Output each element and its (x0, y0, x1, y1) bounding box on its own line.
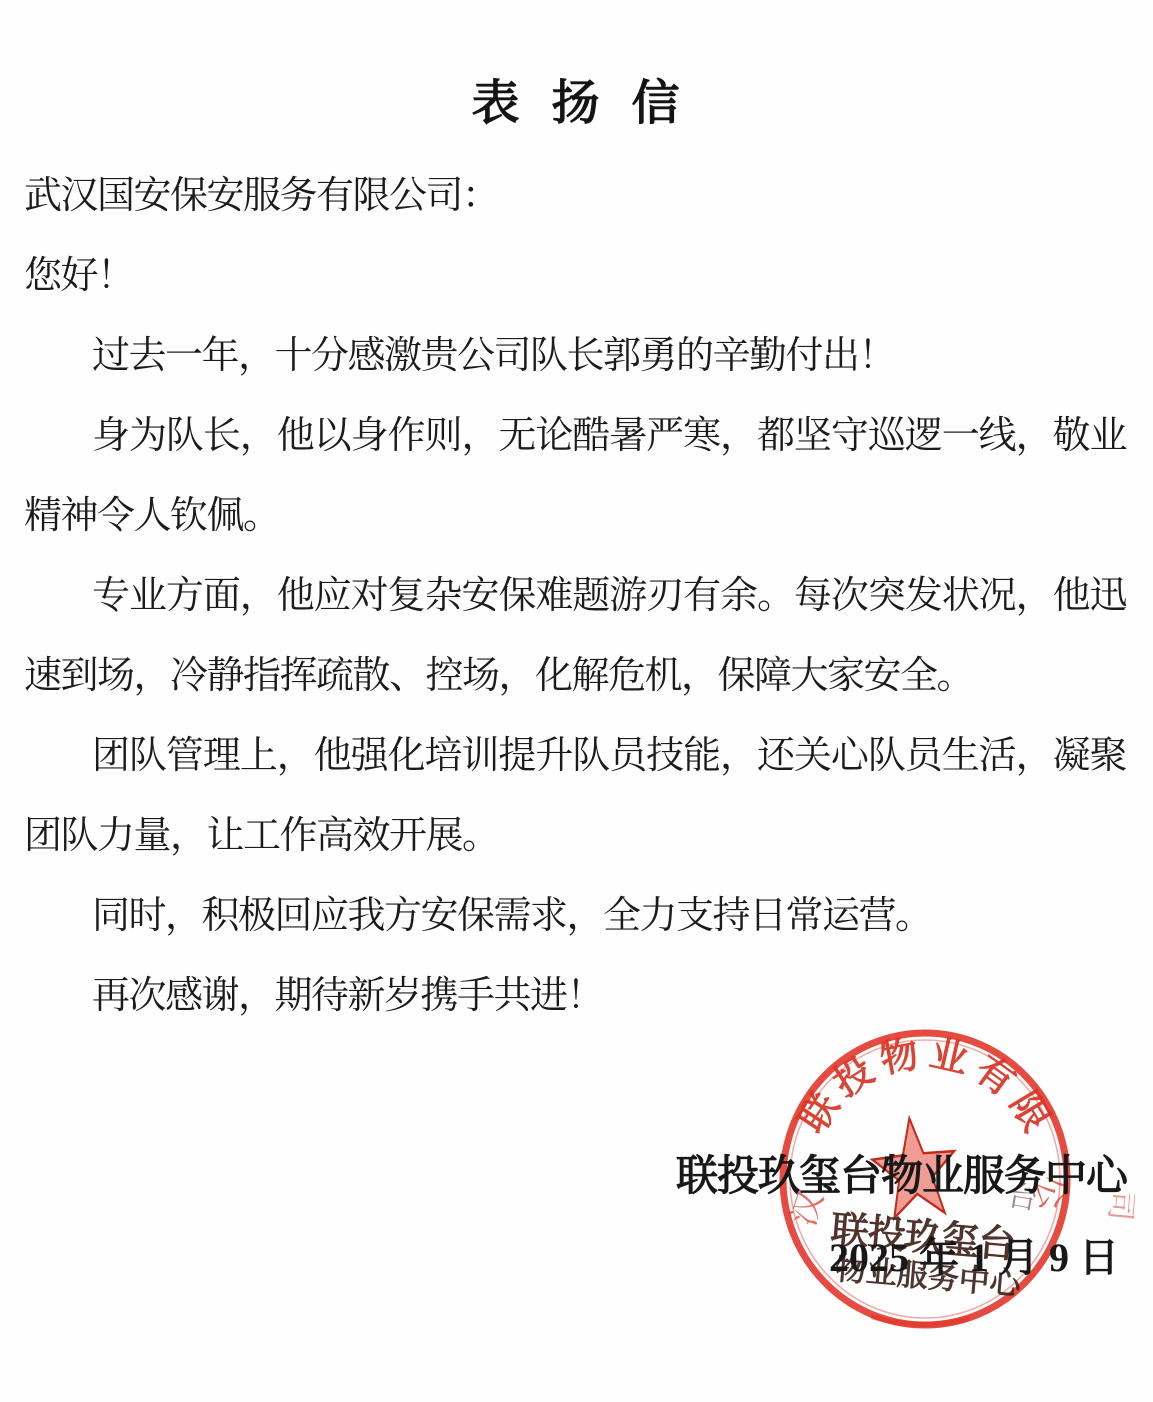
letter-body: 武汉国安保安服务有限公司：您好！过去一年，十分感激贵公司队长郭勇的辛勤付出！身为… (24, 156, 1126, 1036)
letter-line: 您好！ (24, 236, 1126, 316)
letter-line: 武汉国安保安服务有限公司： (24, 156, 1126, 236)
signature-line: 联投玖玺台物业服务中心 (676, 1143, 1127, 1203)
seal-ring-text: 联投物业有限 (792, 1032, 1061, 1145)
letter-line: 团队力量，让工作高效开展。 (24, 796, 1126, 876)
letter-line: 同时，积极回应我方安保需求，全力支持日常运营。 (24, 876, 1126, 956)
letter-title: 表 扬 信 (0, 76, 1153, 132)
letter-line: 过去一年，十分感激贵公司队长郭勇的辛勤付出！ (24, 316, 1126, 396)
letter-line: 身为队长，他以身作则，无论酷暑严寒，都坚守巡逻一线，敬业 (24, 396, 1126, 476)
letter-line: 速到场，冷静指挥疏散、控场，化解危机，保障大家安全。 (24, 636, 1126, 716)
signature-date: 2025 年 1 月 9 日 (829, 1226, 1119, 1283)
letter-line: 专业方面，他应对复杂安保难题游刃有余。每次突发状况，他迅 (24, 556, 1126, 636)
commendation-letter-page: 表 扬 信 武汉国安保安服务有限公司：您好！过去一年，十分感激贵公司队长郭勇的辛… (0, 0, 1153, 1402)
svg-text:联投物业有限: 联投物业有限 (792, 1032, 1061, 1145)
letter-line: 精神令人钦佩。 (24, 476, 1126, 556)
letter-line: 团队管理上，他强化培训提升队员技能，还关心队员生活，凝聚 (24, 716, 1126, 796)
